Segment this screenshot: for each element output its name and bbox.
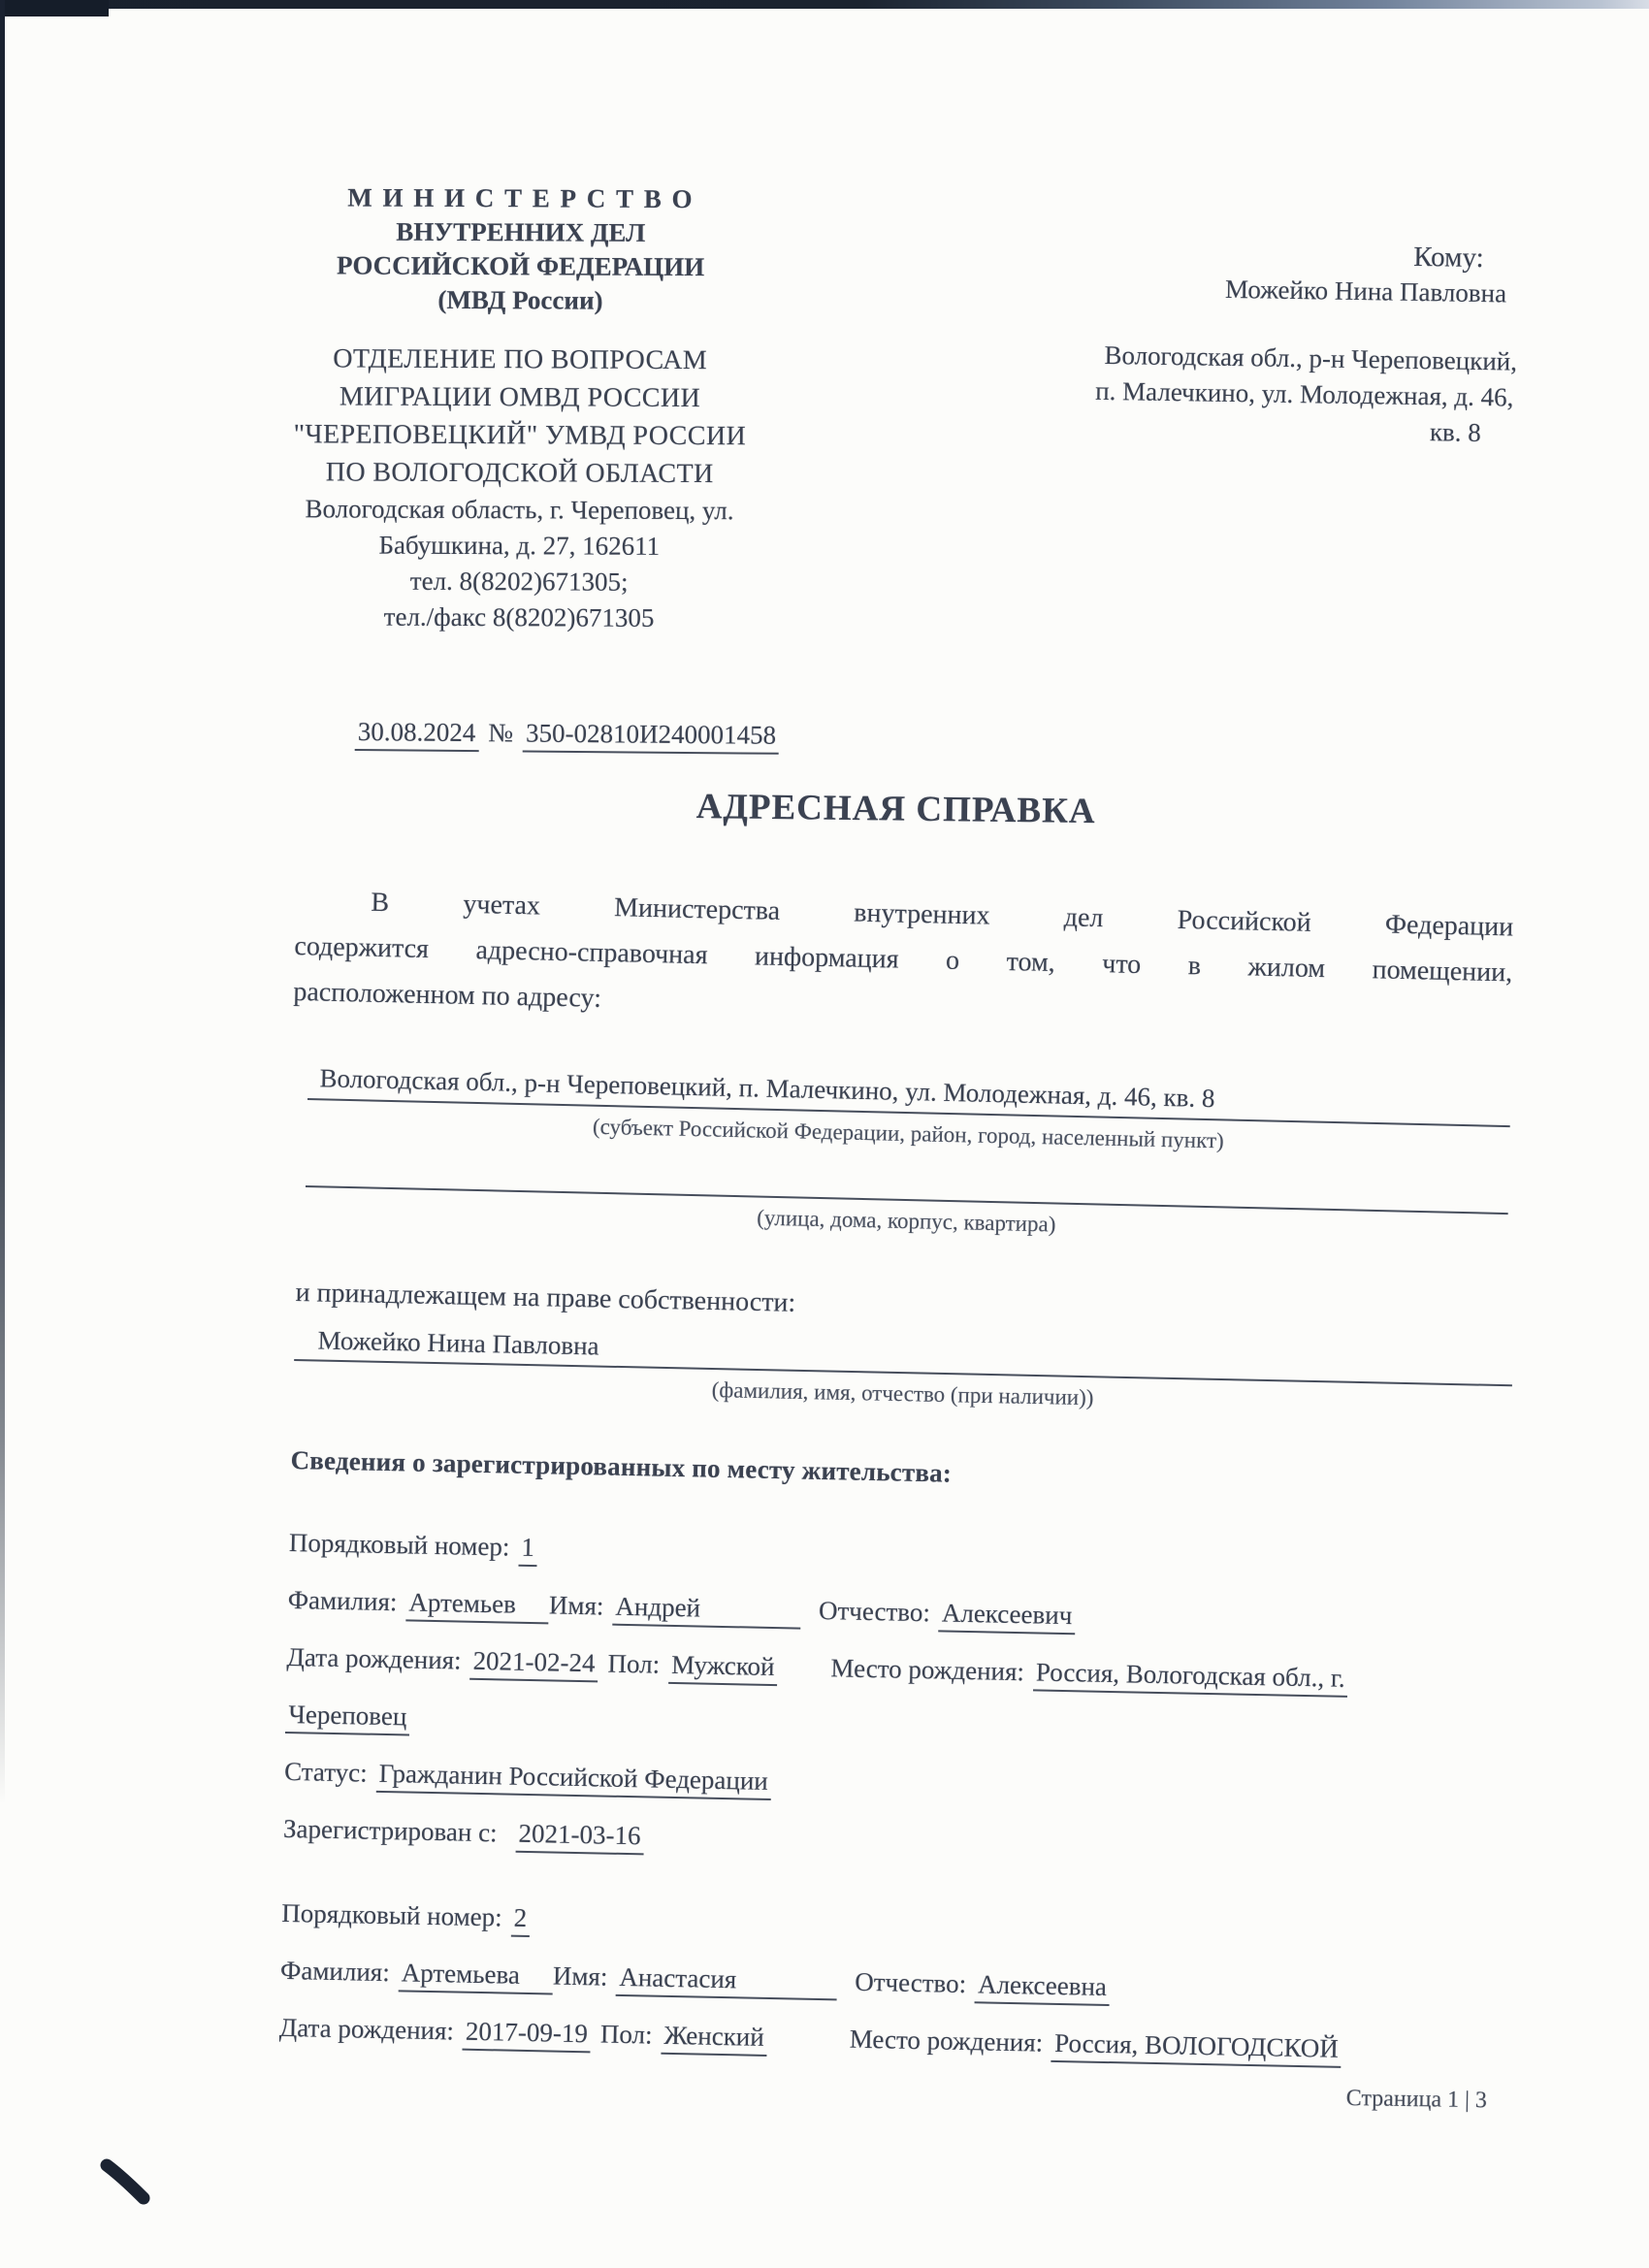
record1-birthplace-wrap-row: Череповец [285,1698,1527,1759]
scan-corner-artifact [0,0,109,16]
intro-paragraph: В учетах Министерства внутренних дел Рос… [293,878,1514,1041]
division-line3: "ЧЕРЕПОВЕЦКИЙ" УМВД РОССИИ [240,415,800,456]
outgoing-number: 350-02810И240001458 [523,718,779,755]
ordinal-label: Порядковый номер: [289,1528,510,1562]
name-value: Андрей [612,1591,801,1630]
sex-value: Мужской [668,1649,778,1686]
birthplace-value-part1: Россия, Вологодская обл., г. [1033,1656,1348,1698]
birthdate-label: Дата рождения: [279,2013,455,2046]
status-label: Статус: [284,1757,368,1788]
birthplace-value-part1: Россия, ВОЛОГОДСКОЙ [1051,2027,1342,2068]
birthplace-label: Место рождения: [849,2025,1043,2057]
scan-edge-top [0,0,1649,9]
sex-label: Пол: [600,2020,653,2050]
number-sign: № [488,718,513,747]
division-line1: ОТДЕЛЕНИЕ ПО ВОПРОСАМ [240,340,800,380]
record2-number-row: Порядковый номер:2 [281,1896,1523,1958]
page-indicator: Страница 1 | 3 [1346,2086,1488,2114]
birthdate-value: 2021-02-24 [469,1645,598,1683]
residents-section: Сведения о зарегистрированных по месту ж… [278,1442,1533,2093]
ministry-name-line1: М И Н И С Т Е Р С Т В О [241,180,801,217]
ordinal-label: Порядковый номер: [281,1898,502,1932]
sex-value: Женский [661,2020,767,2057]
surname-value: Артемьев [405,1586,549,1624]
scan-edge-left [0,0,5,1804]
surname-label: Фамилия: [280,1956,390,1987]
ownership-block: и принадлежащем на праве собственности: … [293,1276,1513,1421]
registered-label: Зарегистрирован с: [283,1814,498,1847]
record1-name-row: Фамилия:АртемьевИмя:АндрейОтчество:Алекс… [287,1583,1529,1644]
recipient-name: Можейко Нина Павловна [986,268,1518,311]
patronymic-value: Алексеевна [975,1968,1111,2006]
division-line4: ПО ВОЛОГОДСКОЙ ОБЛАСТИ [240,453,800,494]
document-title: АДРЕСНАЯ СПРАВКА [695,786,1095,832]
ordinal-value: 2 [510,1902,530,1937]
birthplace-label: Место рождения: [830,1653,1024,1686]
outgoing-date-number: 30.08.2024№350-02810И240001458 [355,716,780,755]
surname-value: Артемьева [398,1957,553,1994]
ministry-abbr: (МВД России) [240,282,800,319]
patronymic-value: Алексеевич [939,1597,1076,1635]
sender-phone-fax: тел./факс 8(8202)671305 [239,599,799,637]
patronymic-label: Отчество: [819,1596,930,1627]
record1-number-row: Порядковый номер:1 [289,1526,1531,1587]
record2-birth-row: Дата рождения:2017-09-19Пол:ЖенскийМесто… [278,2011,1520,2072]
patronymic-label: Отчество: [855,1967,966,1998]
sender-letterhead: М И Н И С Т Е Р С Т В О ВНУТРЕННИХ ДЕЛ Р… [239,180,801,637]
recipient-block: Кому: Можейко Нина Павловна Вологодская … [985,233,1519,452]
sender-address-line1: Вологодская область, г. Череповец, ул. [239,491,799,530]
scanned-address-certificate-page: М И Н И С Т Е Р С Т В О ВНУТРЕННИХ ДЕЛ Р… [0,0,1649,2268]
record1-registered-row: Зарегистрирован с:2021-03-16 [283,1812,1525,1873]
name-label: Имя: [549,1590,604,1620]
registered-value: 2021-03-16 [515,1818,644,1856]
birthdate-label: Дата рождения: [286,1642,462,1675]
residents-heading: Сведения о зарегистрированных по месту ж… [290,1442,1532,1503]
ministry-name-line3: РОССИЙСКОЙ ФЕДЕРАЦИИ [241,248,801,285]
sex-label: Пол: [607,1649,660,1679]
sender-phone: тел. 8(8202)671305; [239,563,799,601]
sender-address-line2: Бабушкина, д. 27, 162611 [239,527,799,566]
address-fill-block: Вологодская обл., р-н Череповецкий, п. М… [305,1057,1511,1249]
pen-mark-artifact [93,2148,161,2216]
ministry-name-line2: ВНУТРЕННИХ ДЕЛ [241,214,801,251]
birthdate-value: 2017-09-19 [463,2016,592,2054]
record2-name-row: Фамилия:АртемьеваИмя:АнастасияОтчество:А… [280,1954,1522,2015]
record1-birth-row: Дата рождения:2021-02-24Пол:МужскойМесто… [286,1640,1528,1701]
outgoing-date: 30.08.2024 [355,716,479,752]
record1-status-row: Статус:Гражданин Российской Федерации [284,1755,1526,1816]
name-value: Анастасия [616,1961,838,2001]
name-label: Имя: [553,1961,608,1992]
ordinal-value: 1 [518,1532,537,1567]
surname-label: Фамилия: [287,1585,397,1616]
division-line2: МИГРАЦИИ ОМВД РОССИИ [240,377,800,418]
recipient-address-line3: кв. 8 [985,407,1517,452]
resident-record-1: Порядковый номер:1 Фамилия:АртемьевИмя:А… [283,1526,1531,1873]
status-value: Гражданин Российской Федерации [375,1758,771,1800]
resident-record-2: Порядковый номер:2 Фамилия:АртемьеваИмя:… [278,1896,1523,2072]
birthplace-value-part2: Череповец [285,1699,410,1736]
